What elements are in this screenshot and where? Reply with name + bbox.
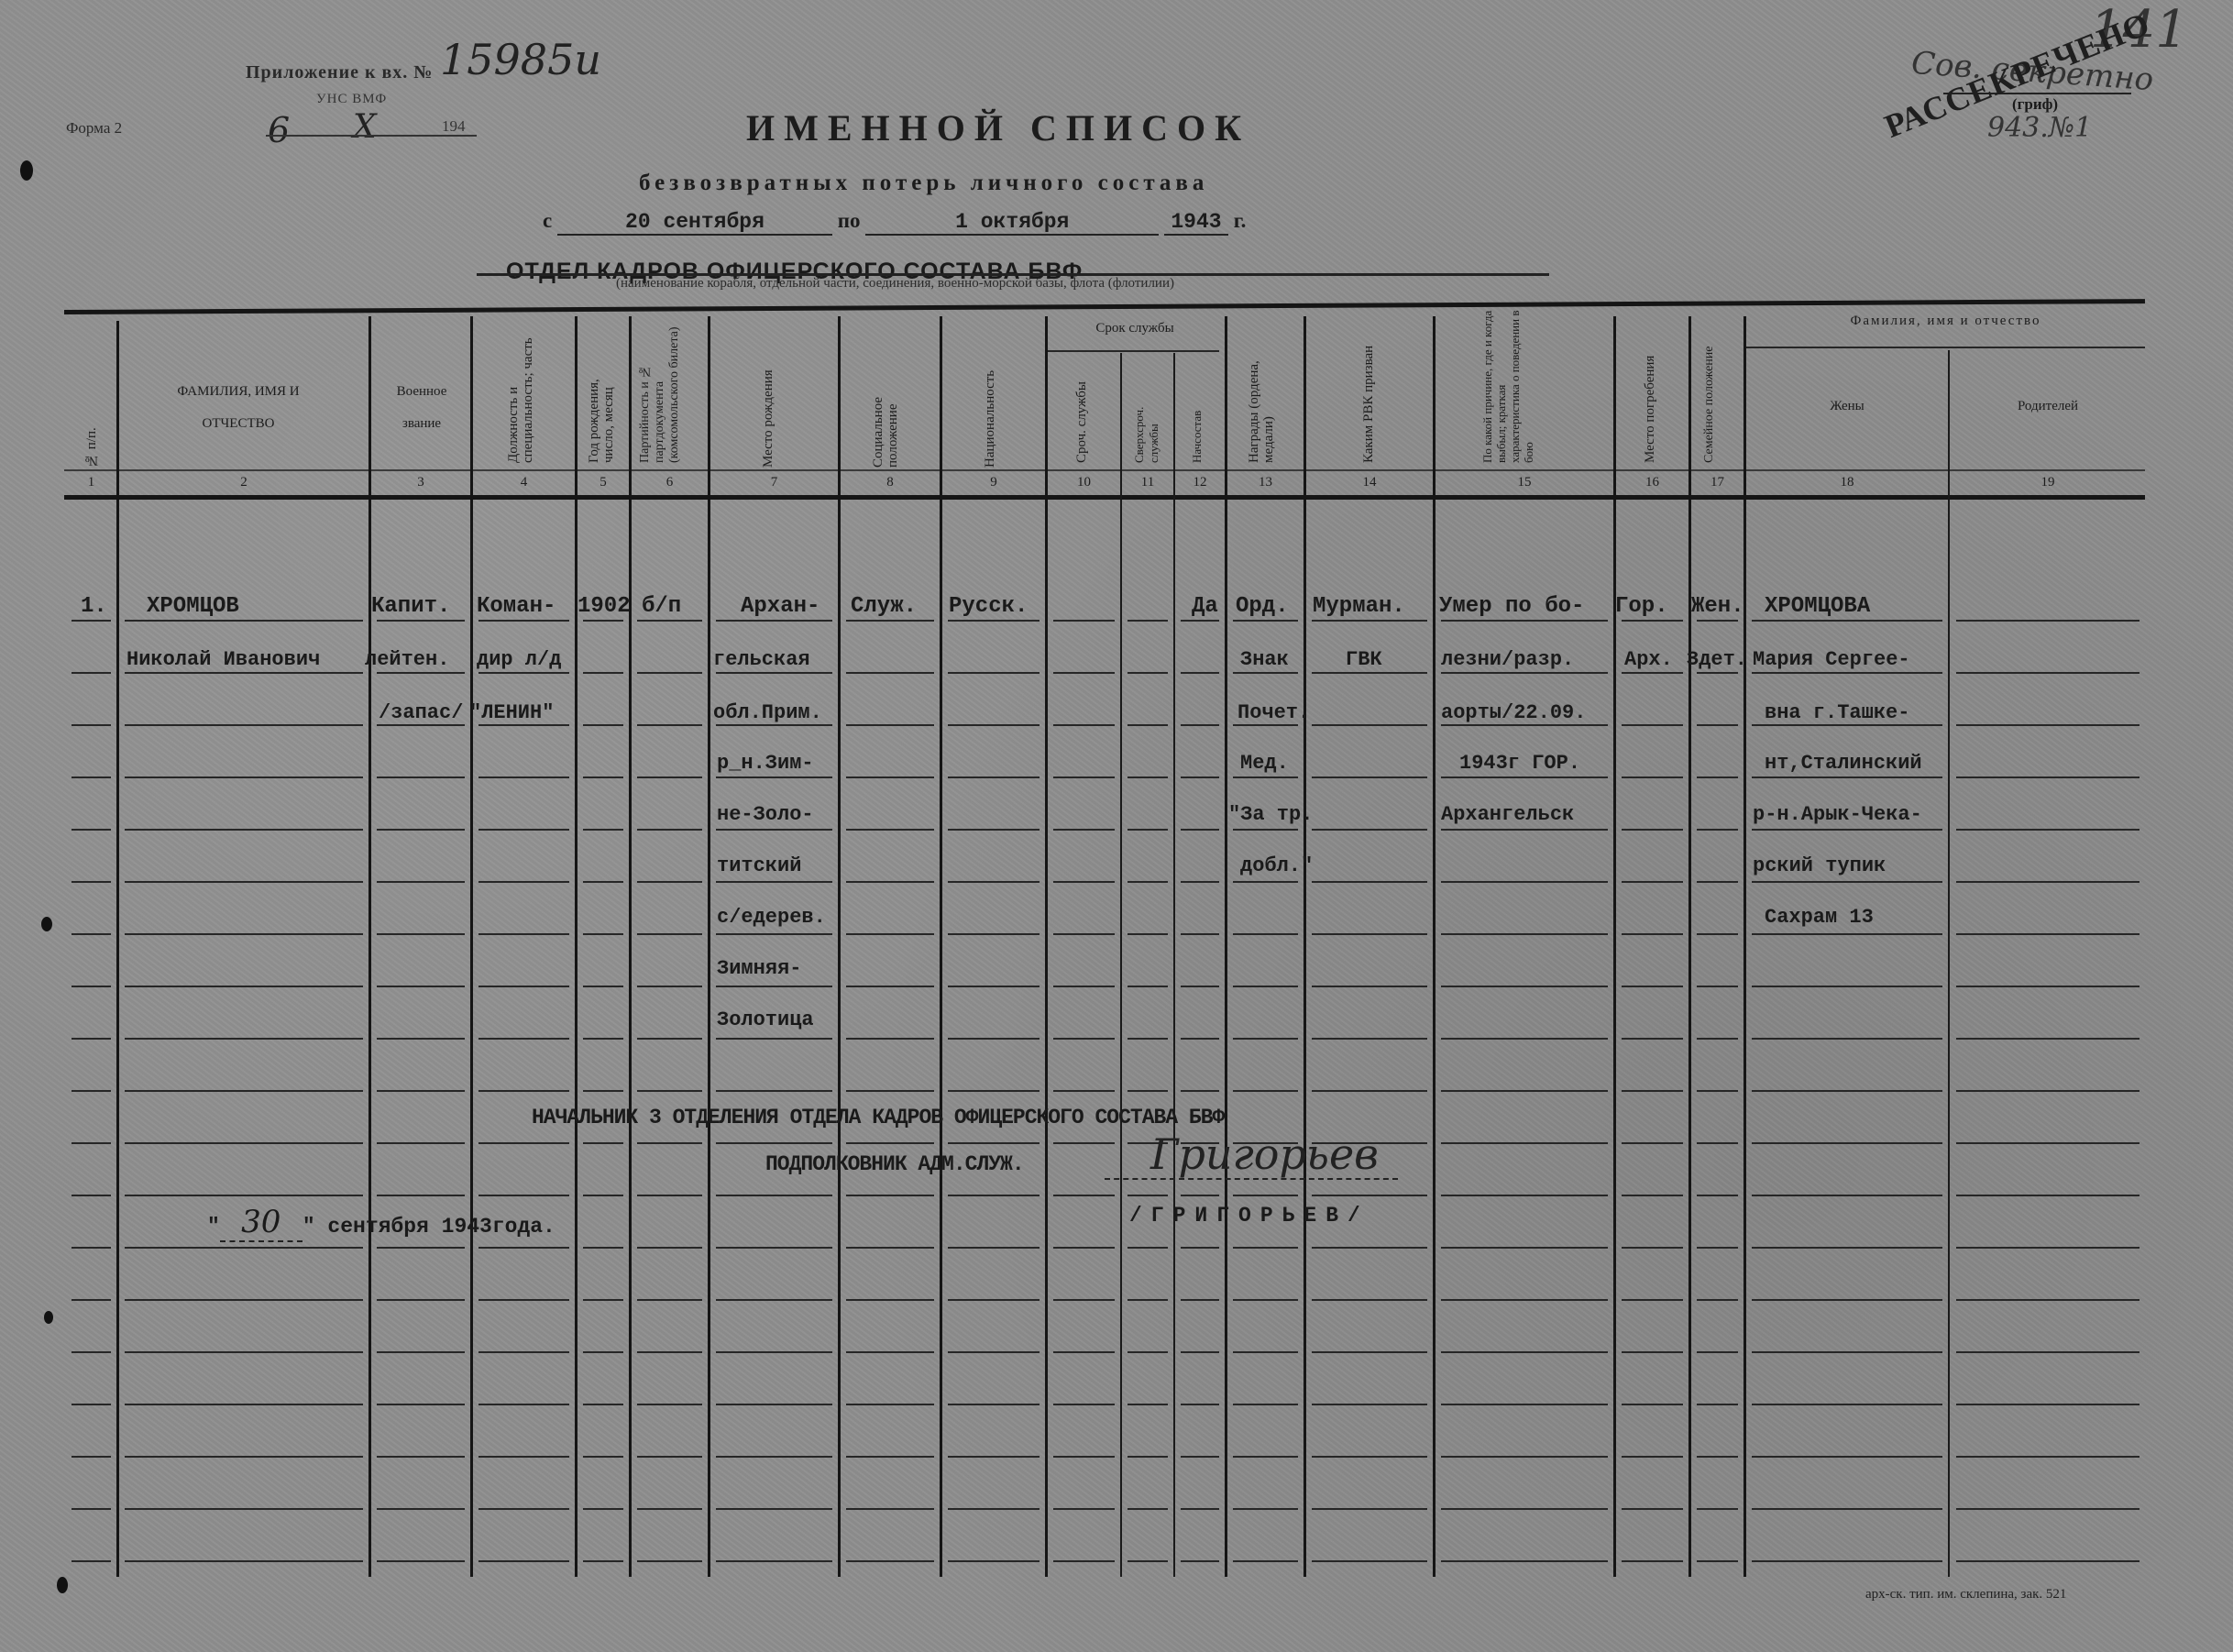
ruled-line [1752, 1351, 1942, 1353]
ruled-line [637, 1090, 702, 1092]
ruled-line [1127, 724, 1168, 726]
awards-line: Почет. [1237, 701, 1310, 724]
header-bottom-border [64, 495, 2145, 500]
ruled-line [1956, 620, 2139, 622]
ruled-line [1622, 881, 1683, 883]
ruled-line [846, 1247, 934, 1249]
ruled-line [478, 1299, 569, 1301]
unit-caption: (наименование корабля, отдельной части, … [616, 276, 1174, 292]
col-header-7: Место рождения [761, 330, 779, 468]
ruled-line [71, 672, 111, 674]
ruled-line [583, 1090, 623, 1092]
ruled-line [1233, 776, 1298, 778]
ruled-line [1752, 1142, 1942, 1144]
ruled-line [1752, 1247, 1942, 1249]
ruled-line [1233, 829, 1298, 831]
col-number: 17 [1691, 475, 1743, 490]
ruled-line [846, 986, 934, 987]
surname: ХРОМЦОВ [147, 594, 239, 619]
col-header-15: По какой причине, где и когда выбыл; кра… [1480, 307, 1563, 463]
ruled-line [125, 1142, 363, 1144]
ruled-line [125, 1247, 363, 1249]
period-from: 20 сентября [557, 210, 832, 236]
ruled-line [583, 776, 623, 778]
col-line [629, 316, 632, 1577]
col-header-18: Жены [1746, 399, 1948, 414]
signatory-rank: ПОДПОЛКОВНИК АДМ.СЛУЖ. [765, 1152, 1024, 1176]
ruled-line [377, 933, 465, 935]
ruled-line [1053, 724, 1115, 726]
awards-line: Орд. [1236, 594, 1289, 619]
ruled-line [125, 1299, 363, 1301]
ruled-line [1312, 1195, 1427, 1196]
document-title: ИМЕННОЙ СПИСОК [746, 106, 1250, 149]
birthplace-line: р_н.Зим- [717, 752, 814, 775]
ruled-line [377, 1508, 465, 1510]
row-number: 1. [81, 594, 107, 619]
ruled-line [377, 1090, 465, 1092]
ruled-line [1622, 986, 1683, 987]
ruled-line [377, 986, 465, 987]
ruled-line [1622, 1299, 1683, 1301]
ruled-line [1127, 1560, 1168, 1562]
ruled-line [583, 1508, 623, 1510]
ruled-line [1752, 1560, 1942, 1562]
ruled-line [637, 1038, 702, 1040]
ruled-line [1441, 672, 1608, 674]
ruled-line [1181, 933, 1219, 935]
ruled-line [1053, 1351, 1115, 1353]
ruled-line [71, 1404, 111, 1405]
ruled-line [1752, 933, 1942, 935]
ruled-line [716, 986, 832, 987]
ruled-line [1233, 1351, 1298, 1353]
ruled-line [637, 1351, 702, 1353]
ruled-line [125, 724, 363, 726]
ruled-line [1127, 776, 1168, 778]
ruled-line [846, 1195, 934, 1196]
ruled-line [377, 776, 465, 778]
col-number: 1 [66, 475, 116, 490]
ruled-line [125, 1195, 363, 1196]
ruled-line [1053, 1195, 1115, 1196]
ruled-line [1622, 1351, 1683, 1353]
ruled-line [1053, 776, 1115, 778]
ruled-line [948, 1090, 1039, 1092]
col-line [1303, 316, 1306, 1577]
party: б/п [642, 594, 681, 619]
wife-line: вна г.Ташке- [1765, 701, 1909, 724]
ruled-line [1233, 1508, 1298, 1510]
name-patronymic: Николай Иванович [126, 648, 320, 671]
ruled-line [377, 829, 465, 831]
stamp-date-year: 194 [442, 117, 466, 136]
ruled-line [1697, 1090, 1738, 1092]
col-number: 18 [1746, 475, 1948, 490]
col-line [1688, 316, 1691, 1577]
ruled-line [478, 620, 569, 622]
ruled-line [1312, 1404, 1427, 1405]
col-line [1948, 350, 1950, 1577]
ruled-line [1752, 881, 1942, 883]
col-number: 8 [841, 475, 940, 490]
ruled-line [478, 1195, 569, 1196]
ruled-line [716, 672, 832, 674]
ruled-line [1622, 1142, 1683, 1144]
col-line [1225, 316, 1227, 1577]
ruled-line [1127, 1508, 1168, 1510]
ruled-line [1622, 933, 1683, 935]
ruled-line [1127, 1404, 1168, 1405]
ruled-line [1441, 1351, 1608, 1353]
col-header-19: Родителей [1951, 399, 2145, 414]
col-line [368, 316, 371, 1577]
burial-line: Гор. [1615, 594, 1668, 619]
draft-office-line: ГВК [1346, 648, 1382, 671]
classification-caption: (гриф) [2012, 95, 2058, 114]
ruled-line [583, 1038, 623, 1040]
ruled-line [125, 881, 363, 883]
ruled-line [1956, 672, 2139, 674]
col-header-8: Социальное положение [871, 330, 904, 468]
ruled-line [125, 1404, 363, 1405]
ruled-line [637, 1404, 702, 1405]
document-date-day: 30 [220, 1204, 302, 1242]
ruled-line [125, 986, 363, 987]
birthplace-line: Золотица [717, 1008, 814, 1031]
ruled-line [125, 1090, 363, 1092]
ruled-line [377, 1142, 465, 1144]
cause-line: Умер по бо- [1439, 594, 1584, 619]
ruled-line [125, 1560, 363, 1562]
period-year-suffix: г. [1234, 209, 1247, 232]
ruled-line [846, 1560, 934, 1562]
ruled-line [1312, 1038, 1427, 1040]
col-line [1433, 316, 1435, 1577]
relatives-group-line [1746, 347, 2145, 348]
ruled-line [1127, 1090, 1168, 1092]
ruled-line [716, 881, 832, 883]
ruled-line [846, 1456, 934, 1458]
col-number: 6 [632, 475, 708, 490]
ruled-line [716, 1142, 832, 1144]
ruled-line [1233, 672, 1298, 674]
ruled-line [1956, 724, 2139, 726]
ruled-line [583, 620, 623, 622]
ruled-line [637, 933, 702, 935]
wife-line: Мария Сергее- [1753, 648, 1910, 671]
ruled-line [71, 1299, 111, 1301]
ruled-line [948, 724, 1039, 726]
ruled-line [377, 1247, 465, 1249]
ruled-line [1697, 1299, 1738, 1301]
ruled-line [846, 1090, 934, 1092]
ruled-line [71, 724, 111, 726]
ruled-line [125, 1038, 363, 1040]
awards-line: Мед. [1240, 752, 1289, 775]
ruled-line [583, 1142, 623, 1144]
col-line [1743, 316, 1746, 1577]
position-line: Коман- [477, 594, 555, 619]
cause-line: аорты/22.09. [1441, 701, 1586, 724]
ruled-line [1697, 1351, 1738, 1353]
form-label: Форма 2 [66, 119, 122, 138]
period-year: 1943 [1164, 210, 1228, 236]
ruled-line [1127, 829, 1168, 831]
ruled-line [716, 1404, 832, 1405]
ruled-line [377, 1351, 465, 1353]
ruled-line [846, 1351, 934, 1353]
ruled-line [637, 1247, 702, 1249]
ruled-line [1752, 1404, 1942, 1405]
ruled-line [716, 1351, 832, 1353]
ruled-line [716, 1560, 832, 1562]
ruled-line [478, 1090, 569, 1092]
appendix-stamp: Приложение к вх. № [246, 62, 433, 83]
ruled-line [1697, 881, 1738, 883]
ruled-line [1053, 1456, 1115, 1458]
ruled-line [1053, 1560, 1115, 1562]
col-header-13: Награды (ордена, медали) [1247, 330, 1280, 463]
ruled-line [583, 1456, 623, 1458]
ruled-line [1127, 620, 1168, 622]
ruled-line [377, 724, 465, 726]
ruled-line [1233, 1090, 1298, 1092]
ruled-line [583, 724, 623, 726]
col-number: 7 [710, 475, 838, 490]
ruled-line [1956, 1090, 2139, 1092]
ruled-line [1127, 1456, 1168, 1458]
ruled-line [1441, 776, 1608, 778]
ruled-line [1233, 1038, 1298, 1040]
col-header-2: ФАМИЛИЯ, ИМЯ И ОТЧЕСТВО [147, 376, 330, 440]
col-number: 13 [1227, 475, 1303, 490]
wife-line: нт,Сталинский [1765, 752, 1922, 775]
ruled-line [377, 1038, 465, 1040]
birthplace-line: с/едерев. [717, 906, 826, 929]
ruled-line [1053, 829, 1115, 831]
ruled-line [71, 1560, 111, 1562]
ruled-line [1697, 1247, 1738, 1249]
birthplace-line: Архан- [741, 594, 819, 619]
ruled-line [478, 1508, 569, 1510]
ruled-line [1622, 1404, 1683, 1405]
ruled-line [1622, 1247, 1683, 1249]
ruled-line [948, 1508, 1039, 1510]
ruled-line [1622, 1038, 1683, 1040]
ruled-line [1127, 1038, 1168, 1040]
ruled-line [583, 672, 623, 674]
ruled-line [377, 1404, 465, 1405]
ruled-line [716, 1299, 832, 1301]
ruled-line [637, 620, 702, 622]
ruled-line [1697, 1142, 1738, 1144]
ruled-line [1312, 620, 1427, 622]
ruled-line [1956, 1508, 2139, 1510]
ruled-line [1622, 829, 1683, 831]
ruled-line [846, 881, 934, 883]
col-number: 5 [577, 475, 629, 490]
ruled-line [71, 986, 111, 987]
ruled-line [637, 1142, 702, 1144]
ruled-line [948, 881, 1039, 883]
ruled-line [1312, 1090, 1427, 1092]
document-date: "30" сентября 1943года. [207, 1204, 555, 1242]
col-header-17: Семейное положение [1702, 312, 1735, 463]
rank-line: /запас/ [379, 701, 463, 724]
ruled-line [948, 1247, 1039, 1249]
ruled-line [71, 881, 111, 883]
ruled-line [1127, 1351, 1168, 1353]
stamp-date-day: 6 [268, 110, 290, 150]
col-line [575, 316, 577, 1577]
ruled-line [1127, 672, 1168, 674]
cause-line: лезни/разр. [1441, 648, 1574, 671]
ruled-line [1441, 1508, 1608, 1510]
ruled-line [1181, 1508, 1219, 1510]
ruled-line [1956, 1299, 2139, 1301]
ruled-line [948, 1142, 1039, 1144]
ruled-line [637, 829, 702, 831]
ruled-line [71, 1456, 111, 1458]
ruled-line [71, 1142, 111, 1144]
ruled-line [1622, 724, 1683, 726]
col-header-6: Партийность и № партдокумента (комсомоль… [638, 316, 689, 463]
period-from-label: с [543, 209, 552, 232]
ruled-line [1441, 1038, 1608, 1040]
ruled-line [1697, 776, 1738, 778]
ruled-line [125, 933, 363, 935]
ruled-line [1697, 1404, 1738, 1405]
ruled-line [1697, 1456, 1738, 1458]
ruled-line [1181, 776, 1219, 778]
ruled-line [1441, 1560, 1608, 1562]
ruled-line [1956, 1456, 2139, 1458]
ruled-line [1181, 1038, 1219, 1040]
ruled-line [716, 1456, 832, 1458]
period: с 20 сентября по 1 октября 1943 г. [543, 209, 1246, 236]
ruled-line [125, 1351, 363, 1353]
ruled-line [1752, 776, 1942, 778]
wife-line: рский тупик [1753, 854, 1886, 877]
ruled-line [1053, 1404, 1115, 1405]
ruled-line [637, 776, 702, 778]
ruled-line [1181, 620, 1219, 622]
ruled-line [1053, 1142, 1115, 1144]
ruled-line [125, 1508, 363, 1510]
ruled-line [1697, 829, 1738, 831]
ruled-line [637, 1195, 702, 1196]
ruled-line [1441, 1090, 1608, 1092]
punch-hole [44, 1311, 53, 1324]
ruled-line [1622, 776, 1683, 778]
social-status: Служ. [851, 594, 917, 619]
ruled-line [846, 1038, 934, 1040]
ruled-line [846, 1404, 934, 1405]
ruled-line [948, 672, 1039, 674]
ruled-line [1441, 724, 1608, 726]
ruled-line [1181, 672, 1219, 674]
wife-line: ХРОМЦОВА [1765, 594, 1870, 619]
col-number: 16 [1616, 475, 1688, 490]
col-line [940, 316, 942, 1577]
wife-line: Сахрам 13 [1765, 906, 1874, 929]
ruled-line [716, 829, 832, 831]
ruled-line [846, 776, 934, 778]
ruled-line [1312, 776, 1427, 778]
ruled-line [583, 829, 623, 831]
ruled-line [948, 1456, 1039, 1458]
ruled-line [125, 620, 363, 622]
ruled-line [1181, 1195, 1219, 1196]
col-number: 10 [1048, 475, 1120, 490]
col-line [1173, 353, 1175, 1577]
ruled-line [716, 1247, 832, 1249]
col-header-5: Год рождения, число, месяц [587, 348, 620, 463]
awards-line: Знак [1240, 648, 1289, 671]
ruled-line [583, 933, 623, 935]
ruled-line [1622, 1508, 1683, 1510]
wife-line: р-н.Арык-Чека- [1753, 803, 1922, 826]
ruled-line [1697, 1560, 1738, 1562]
ruled-line [583, 1247, 623, 1249]
birthplace-line: титский [717, 854, 801, 877]
ruled-line [846, 620, 934, 622]
ruled-line [478, 1038, 569, 1040]
ruled-line [71, 1508, 111, 1510]
ruled-line [1956, 1142, 2139, 1144]
ruled-line [1053, 1299, 1115, 1301]
ruled-line [948, 620, 1039, 622]
ruled-line [1441, 1404, 1608, 1405]
signatory-title: НАЧАЛЬНИК 3 ОТДЕЛЕНИЯ ОТДЕЛА КАДРОВ ОФИЦ… [532, 1106, 1224, 1129]
col-number: 4 [473, 475, 575, 490]
ruled-line [1441, 1299, 1608, 1301]
ruled-line [1127, 1195, 1168, 1196]
ruled-line [948, 986, 1039, 987]
ruled-line [1053, 881, 1115, 883]
ruled-line [1441, 986, 1608, 987]
relatives-group-header: Фамилия, имя и отчество [1746, 314, 2145, 329]
ruled-line [1312, 1247, 1427, 1249]
ruled-line [125, 672, 363, 674]
ruled-line [1312, 1508, 1427, 1510]
ruled-line [1233, 1560, 1298, 1562]
ruled-line [1956, 1038, 2139, 1040]
ruled-line [637, 1560, 702, 1562]
ruled-line [1312, 986, 1427, 987]
ruled-line [478, 672, 569, 674]
ruled-line [1181, 1404, 1219, 1405]
ruled-line [1697, 1508, 1738, 1510]
col-number: 9 [942, 475, 1045, 490]
ruled-line [716, 776, 832, 778]
ruled-line [846, 672, 934, 674]
ruled-line [1622, 1090, 1683, 1092]
ruled-line [637, 986, 702, 987]
ruled-line [71, 776, 111, 778]
ruled-line [478, 1560, 569, 1562]
col-header-10: Сроч. службы [1074, 367, 1093, 463]
ruled-line [1312, 829, 1427, 831]
col-line [838, 316, 841, 1577]
ruled-line [1233, 620, 1298, 622]
draft-office-line: Мурман. [1313, 594, 1405, 619]
ruled-line [637, 1299, 702, 1301]
ruled-line [1233, 1247, 1298, 1249]
declassified-number: 943.№1 [1987, 112, 2092, 144]
ruled-line [716, 933, 832, 935]
